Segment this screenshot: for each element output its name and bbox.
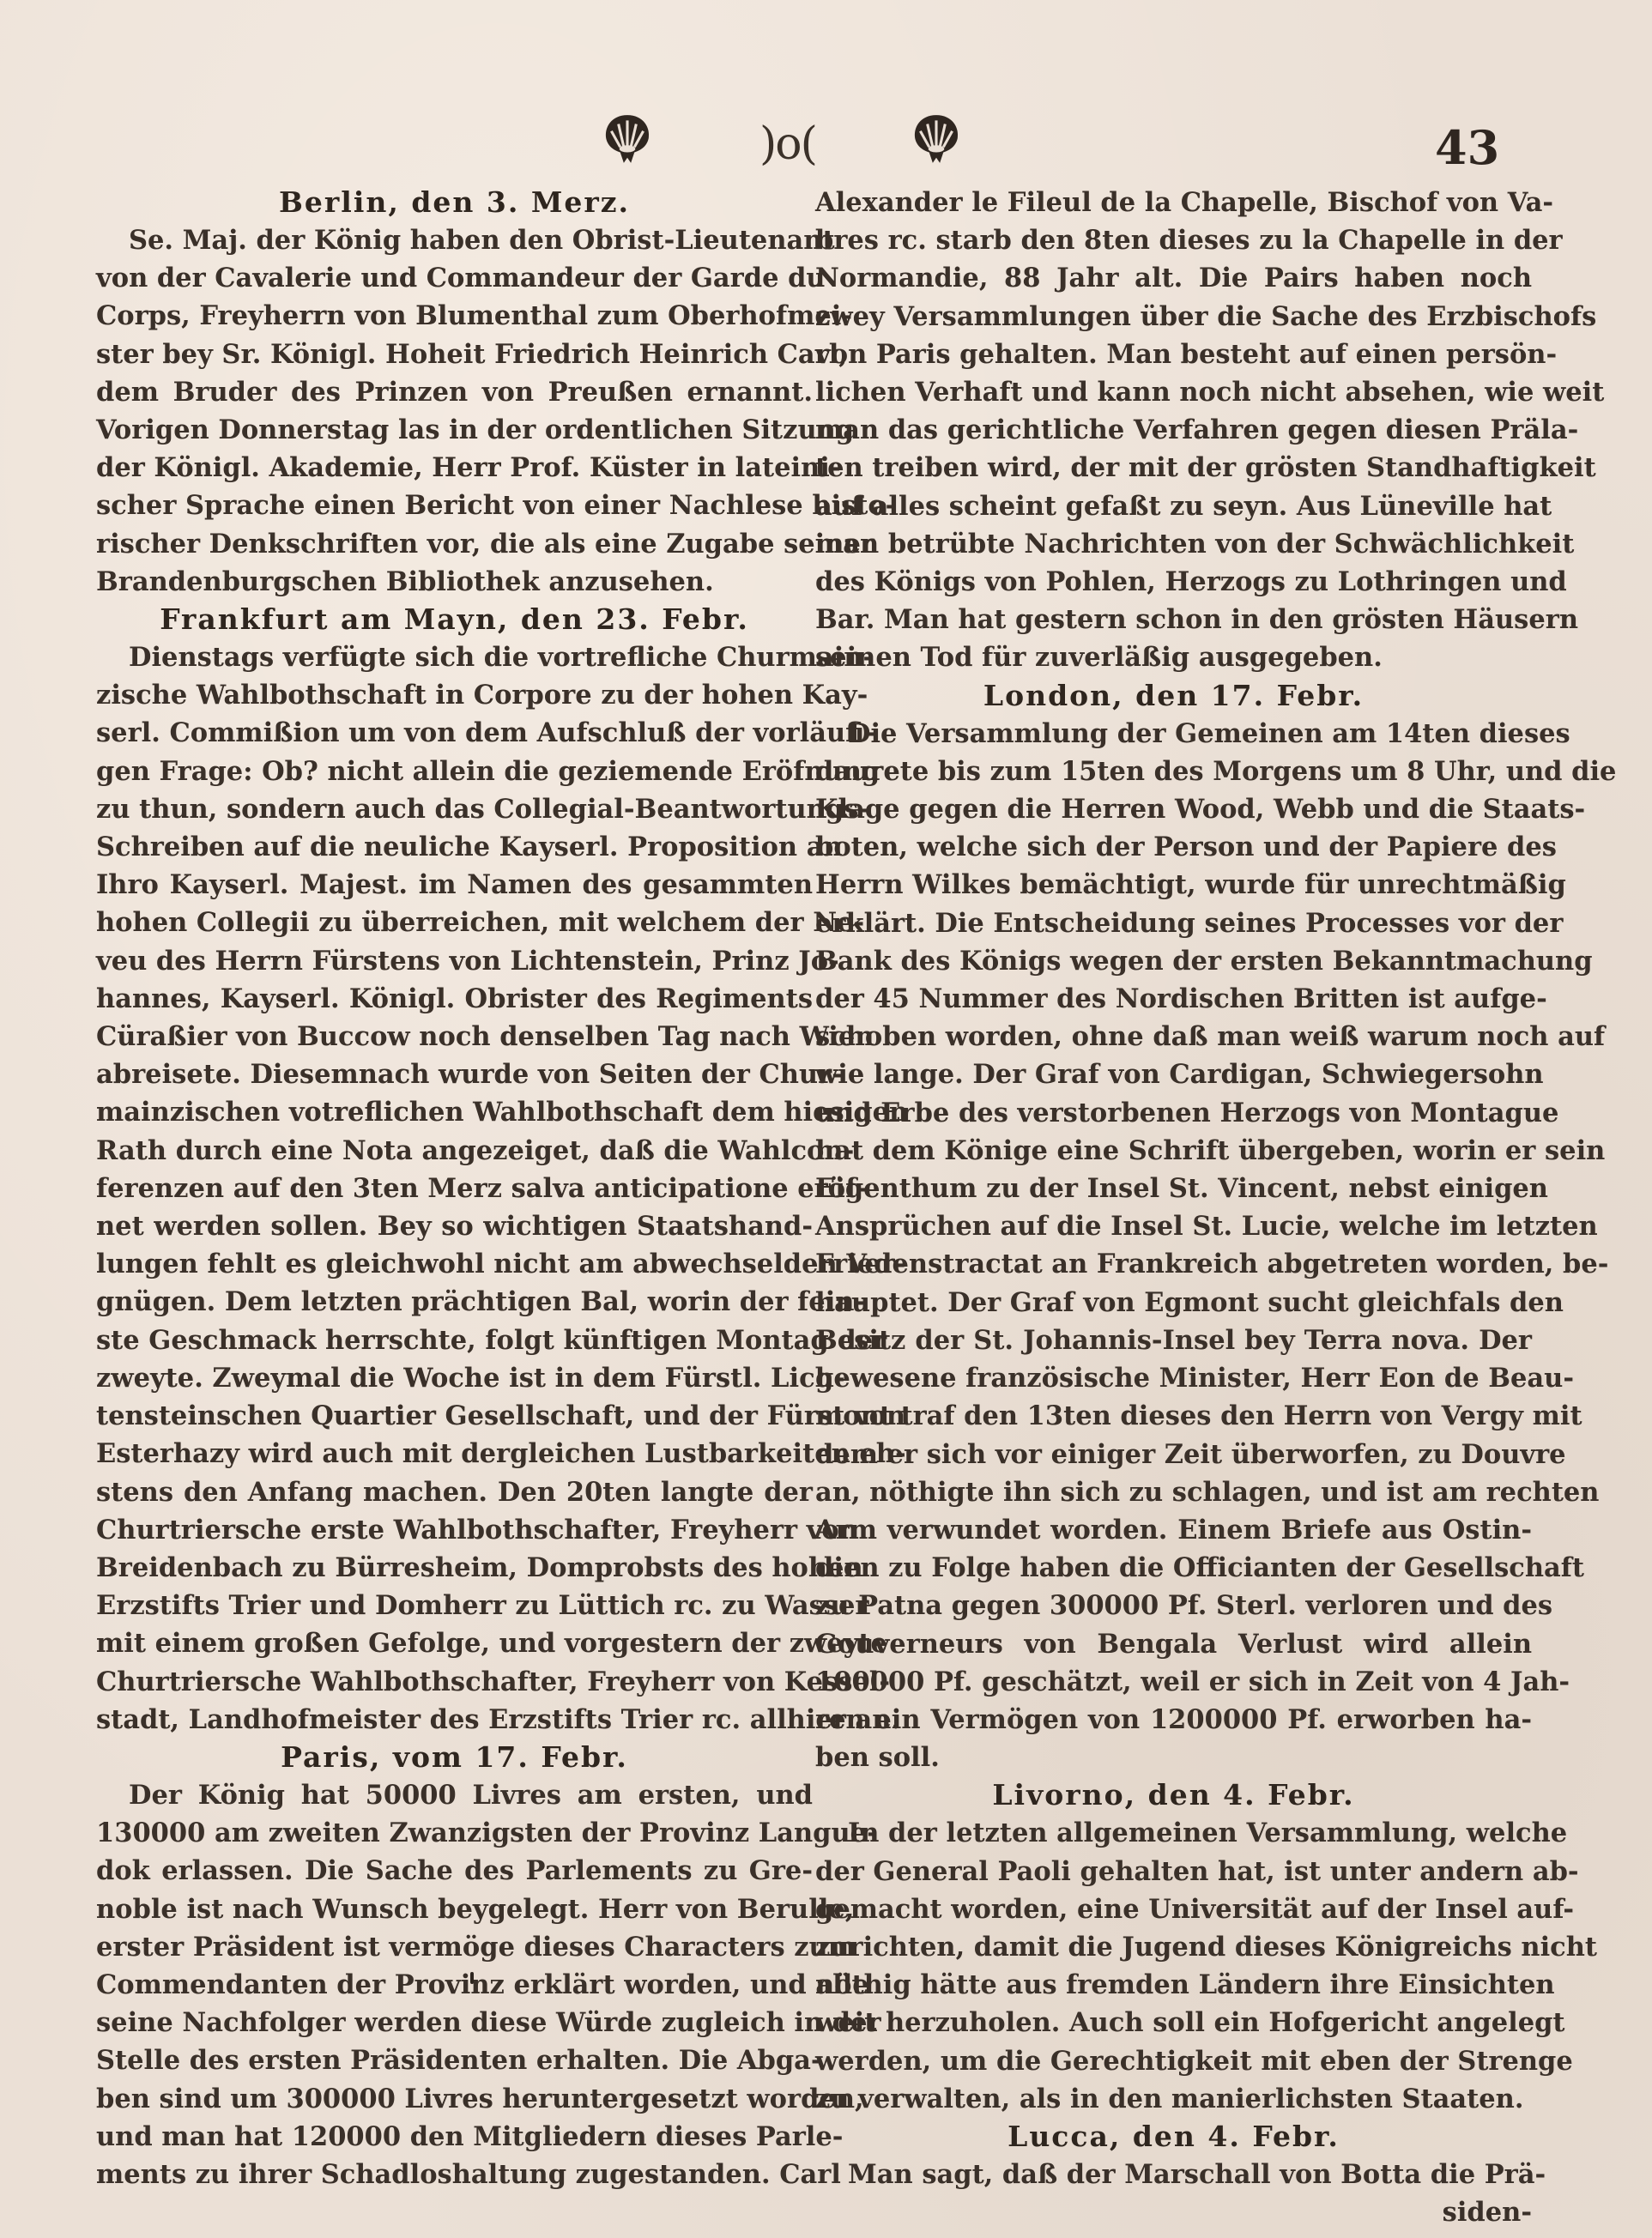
text-line: mont traf den 13ten dieses den Herrn von… <box>815 1397 1532 1435</box>
text-line: Friedenstractat an Frankreich abgetreten… <box>815 1245 1532 1283</box>
text-line: werden, um die Gerechtigkeit mit eben de… <box>815 2042 1532 2080</box>
article-london: London, den 17. Febr. Die Versammlung de… <box>815 677 1532 1777</box>
text-line: Besitz der St. Johannis-Insel bey Terra … <box>815 1322 1532 1359</box>
text-line: boten, welche sich der Person und der Pa… <box>815 828 1532 866</box>
text-line: hannes, Kayserl. Königl. Obrister des Re… <box>96 980 813 1018</box>
text-line: noble ist nach Wunsch beygelegt. Herr vo… <box>96 1890 813 1928</box>
text-line: erster Präsident ist vermöge dieses Char… <box>96 1928 813 1966</box>
text-line: 130000 am zweiten Zwanzigsten der Provin… <box>96 1814 813 1852</box>
article-berlin: Berlin, den 3. Merz. Se. Maj. der König … <box>96 184 813 601</box>
text-line: Rath durch eine Nota angezeiget, daß die… <box>96 1132 813 1170</box>
text-line: schoben worden, ohne daß man weiß warum … <box>815 1018 1532 1055</box>
left-column: Berlin, den 3. Merz. Se. Maj. der König … <box>96 184 813 2193</box>
text-line: Ansprüchen auf die Insel St. Lucie, welc… <box>815 1207 1532 1245</box>
page-number: 43 <box>1435 120 1499 175</box>
text-line: nöthig hätte aus fremden Ländern ihre Ei… <box>815 1966 1532 2004</box>
text-line: Bar. Man hat gestern schon in den gröste… <box>815 601 1532 638</box>
text-line: des Königs von Pohlen, Herzogs zu Lothri… <box>815 563 1532 601</box>
text-line: Bank des Königs wegen der ersten Bekannt… <box>815 942 1532 980</box>
article-frankfurt: Frankfurt am Mayn, den 23. Febr. Diensta… <box>96 601 813 1739</box>
text-line: seine Nachfolger werden diese Würde zugl… <box>96 2004 813 2041</box>
text-line: auf alles scheint gefaßt zu seyn. Aus Lü… <box>815 487 1532 525</box>
text-line: dem Bruder des Prinzen von Preußen ernan… <box>96 373 813 411</box>
right-column: Alexander le Fileul de la Chapelle, Bisc… <box>815 184 1532 2231</box>
text-line: Erzstifts Trier und Domherr zu Lüttich r… <box>96 1587 813 1624</box>
dateline: Paris, vom 17. Febr. <box>96 1739 813 1776</box>
newspaper-page: )o( 43 Berlin, den 3. Merz. Se. Maj. der… <box>0 0 1652 2238</box>
text-line: Gouverneurs von Bengala Verlust wird all… <box>815 1625 1532 1663</box>
text-line: ben soll. <box>815 1739 1532 1776</box>
dateline: Lucca, den 4. Febr. <box>815 2118 1532 2156</box>
text-line: zweyte. Zweymal die Woche ist in dem Für… <box>96 1359 813 1397</box>
article-livorno: Livorno, den 4. Febr. In der letzten all… <box>815 1776 1532 2118</box>
text-line: erklärt. Die Entscheidung seines Process… <box>815 904 1532 942</box>
text-line: weit herzuholen. Auch soll ein Hofgerich… <box>815 2004 1532 2041</box>
text-line: abreisete. Diesemnach wurde von Seiten d… <box>96 1055 813 1093</box>
text-line: zu verwalten, als in den manierlichsten … <box>815 2080 1532 2118</box>
text-line: gewesene französische Minister, Herr Eon… <box>815 1359 1532 1397</box>
text-line: Normandie, 88 Jahr alt. Die Pairs haben … <box>815 259 1532 297</box>
text-line: gemacht worden, eine Universität auf der… <box>815 1890 1532 1928</box>
text-line: und Erbe des verstorbenen Herzogs von Mo… <box>815 1094 1532 1132</box>
text-line: scher Sprache einen Bericht von einer Na… <box>96 487 813 524</box>
text-line: zwey Versammlungen über die Sache des Er… <box>815 298 1532 336</box>
text-line: Alexander le Fileul de la Chapelle, Bisc… <box>815 184 1532 221</box>
text-line: dem er sich vor einiger Zeit überworfen,… <box>815 1436 1532 1473</box>
text-line: rischer Denkschriften vor, die als eine … <box>96 525 813 563</box>
text-line: 100000 Pf. geschätzt, weil er sich in Ze… <box>815 1663 1532 1701</box>
text-line: gnügen. Dem letzten prächtigen Bal, wori… <box>96 1283 813 1321</box>
text-line: Se. Maj. der König haben den Obrist-Lieu… <box>96 221 813 259</box>
text-line: Die Versammlung der Gemeinen am 14ten di… <box>815 715 1532 753</box>
text-line: Esterhazy wird auch mit dergleichen Lust… <box>96 1435 813 1473</box>
text-line: Der König hat 50000 Livres am ersten, un… <box>96 1776 813 1814</box>
text-line: Brandenburgschen Bibliothek anzusehen. <box>96 563 813 601</box>
article-body: Se. Maj. der König haben den Obrist-Lieu… <box>96 221 813 601</box>
text-line: man das gerichtliche Verfahren gegen die… <box>815 411 1532 449</box>
text-line: von Paris gehalten. Man besteht auf eine… <box>815 336 1532 373</box>
page-header: )o( 43 <box>0 112 1652 189</box>
text-line: stens den Anfang machen. Den 20ten langt… <box>96 1473 813 1511</box>
text-line: der 45 Nummer des Nordischen Britten ist… <box>815 980 1532 1018</box>
article-paris-continued: Alexander le Fileul de la Chapelle, Bisc… <box>815 184 1532 677</box>
text-line: Arm verwundet worden. Einem Briefe aus O… <box>815 1511 1532 1549</box>
text-line: Klage gegen die Herren Wood, Webb und di… <box>815 790 1532 828</box>
text-line: ste Geschmack herrschte, folgt künftigen… <box>96 1322 813 1359</box>
text-line: Stelle des ersten Präsidenten erhalten. … <box>96 2041 813 2079</box>
text-line: ster bey Sr. Königl. Hoheit Friedrich He… <box>96 336 813 373</box>
text-line: Churtriersche erste Wahlbothschafter, Fr… <box>96 1511 813 1549</box>
text-line: zu thun, sondern auch das Collegial-Bean… <box>96 790 813 828</box>
text-line: dien zu Folge haben die Officianten der … <box>815 1549 1532 1587</box>
text-line: dok erlassen. Die Sache des Parlements z… <box>96 1852 813 1890</box>
text-line: an, nöthigte ihn sich zu schlagen, und i… <box>815 1473 1532 1511</box>
text-line: von der Cavalerie und Commandeur der Gar… <box>96 259 813 297</box>
text-line: Herrn Wilkes bemächtigt, wurde für unrec… <box>815 866 1532 904</box>
article-lucca: Lucca, den 4. Febr. Man sagt, daß der Ma… <box>815 2118 1532 2231</box>
article-body: Der König hat 50000 Livres am ersten, un… <box>96 1776 813 2193</box>
article-body: Alexander le Fileul de la Chapelle, Bisc… <box>815 184 1532 677</box>
text-line: ferenzen auf den 3ten Merz salva anticip… <box>96 1170 813 1207</box>
text-line: bres rc. starb den 8ten dieses zu la Cha… <box>815 221 1532 259</box>
text-line: net werden sollen. Bey so wichtigen Staa… <box>96 1207 813 1245</box>
text-line: hauptet. Der Graf von Egmont sucht gleic… <box>815 1284 1532 1322</box>
text-line: In der letzten allgemeinen Versammlung, … <box>815 1814 1532 1852</box>
text-line: Breidenbach zu Bürresheim, Domprobsts de… <box>96 1549 813 1587</box>
text-line: zische Wahlbothschaft in Corpore zu der … <box>96 676 813 714</box>
dateline: Livorno, den 4. Febr. <box>815 1776 1532 1814</box>
text-line: ten treiben wird, der mit der grösten St… <box>815 449 1532 487</box>
text-line: wie lange. Der Graf von Cardigan, Schwie… <box>815 1055 1532 1093</box>
shell-ornament-icon <box>910 112 963 165</box>
text-line: serl. Commißion um von dem Aufschluß der… <box>96 714 813 752</box>
text-line: zu Patna gegen 300000 Pf. Sterl. verlore… <box>815 1587 1532 1624</box>
text-line: Churtriersche Wahlbothschafter, Freyherr… <box>96 1663 813 1701</box>
text-line: Eigenthum zu der Insel St. Vincent, nebs… <box>815 1170 1532 1207</box>
text-line: tensteinschen Quartier Gesellschaft, und… <box>96 1397 813 1435</box>
text-line: stadt, Landhofmeister des Erzstifts Trie… <box>96 1701 813 1739</box>
dateline: Berlin, den 3. Merz. <box>96 184 813 221</box>
text-line: daurete bis zum 15ten des Morgens um 8 U… <box>815 753 1532 790</box>
text-line: ments zu ihrer Schadloshaltung zugestand… <box>96 2156 813 2193</box>
text-line: ben sind um 300000 Livres heruntergesetz… <box>96 2080 813 2118</box>
text-line: mainzischen votreflichen Wahlbothschaft … <box>96 1093 813 1131</box>
text-line: Schreiben auf die neuliche Kayserl. Prop… <box>96 828 813 866</box>
article-body: Dienstags verfügte sich die vortrefliche… <box>96 638 813 1739</box>
text-line: Ihro Kayserl. Majest. im Namen des gesam… <box>96 866 813 904</box>
text-line: hohen Collegii zu überreichen, mit welch… <box>96 904 813 941</box>
catchword: siden- <box>815 2193 1532 2231</box>
text-line: und man hat 120000 den Mitgliedern diese… <box>96 2118 813 2156</box>
text-line: ren ein Vermögen von 1200000 Pf. erworbe… <box>815 1701 1532 1739</box>
text-line: hat dem Könige eine Schrift übergeben, w… <box>815 1132 1532 1170</box>
text-line: veu des Herrn Fürstens von Lichtenstein,… <box>96 942 813 980</box>
center-ornament: )o( <box>759 122 816 166</box>
text-line: Commendanten der Provinz erklärt worden,… <box>96 1966 813 2004</box>
article-body: In der letzten allgemeinen Versammlung, … <box>815 1814 1532 2118</box>
text-line: der General Paoli gehalten hat, ist unte… <box>815 1853 1532 1890</box>
signature-mark <box>470 1972 474 1984</box>
text-line: gen Frage: Ob? nicht allein die geziemen… <box>96 753 813 790</box>
text-line: Man sagt, daß der Marschall von Botta di… <box>815 2156 1532 2193</box>
text-line: seinen Tod für zuverläßig ausgegeben. <box>815 638 1532 676</box>
text-line: lungen fehlt es gleichwohl nicht am abwe… <box>96 1245 813 1283</box>
text-line: Corps, Freyherrn von Blumenthal zum Ober… <box>96 297 813 335</box>
article-body: Die Versammlung der Gemeinen am 14ten di… <box>815 715 1532 1777</box>
text-line: zurichten, damit die Jugend dieses König… <box>815 1928 1532 1966</box>
text-line: Cüraßier von Buccow noch denselben Tag n… <box>96 1018 813 1055</box>
article-body: Man sagt, daß der Marschall von Botta di… <box>815 2156 1532 2231</box>
text-line: der Königl. Akademie, Herr Prof. Küster … <box>96 449 813 487</box>
dateline: London, den 17. Febr. <box>815 677 1532 715</box>
text-line: man betrübte Nachrichten von der Schwäch… <box>815 525 1532 563</box>
dateline: Frankfurt am Mayn, den 23. Febr. <box>96 601 813 638</box>
shell-ornament-icon <box>601 112 654 165</box>
article-paris: Paris, vom 17. Febr. Der König hat 50000… <box>96 1739 813 2193</box>
text-line: Vorigen Donnerstag las in der ordentlich… <box>96 411 813 449</box>
text-line: mit einem großen Gefolge, und vorgestern… <box>96 1624 813 1662</box>
text-line: lichen Verhaft und kann noch nicht abseh… <box>815 373 1532 411</box>
text-line: Dienstags verfügte sich die vortrefliche… <box>96 638 813 676</box>
